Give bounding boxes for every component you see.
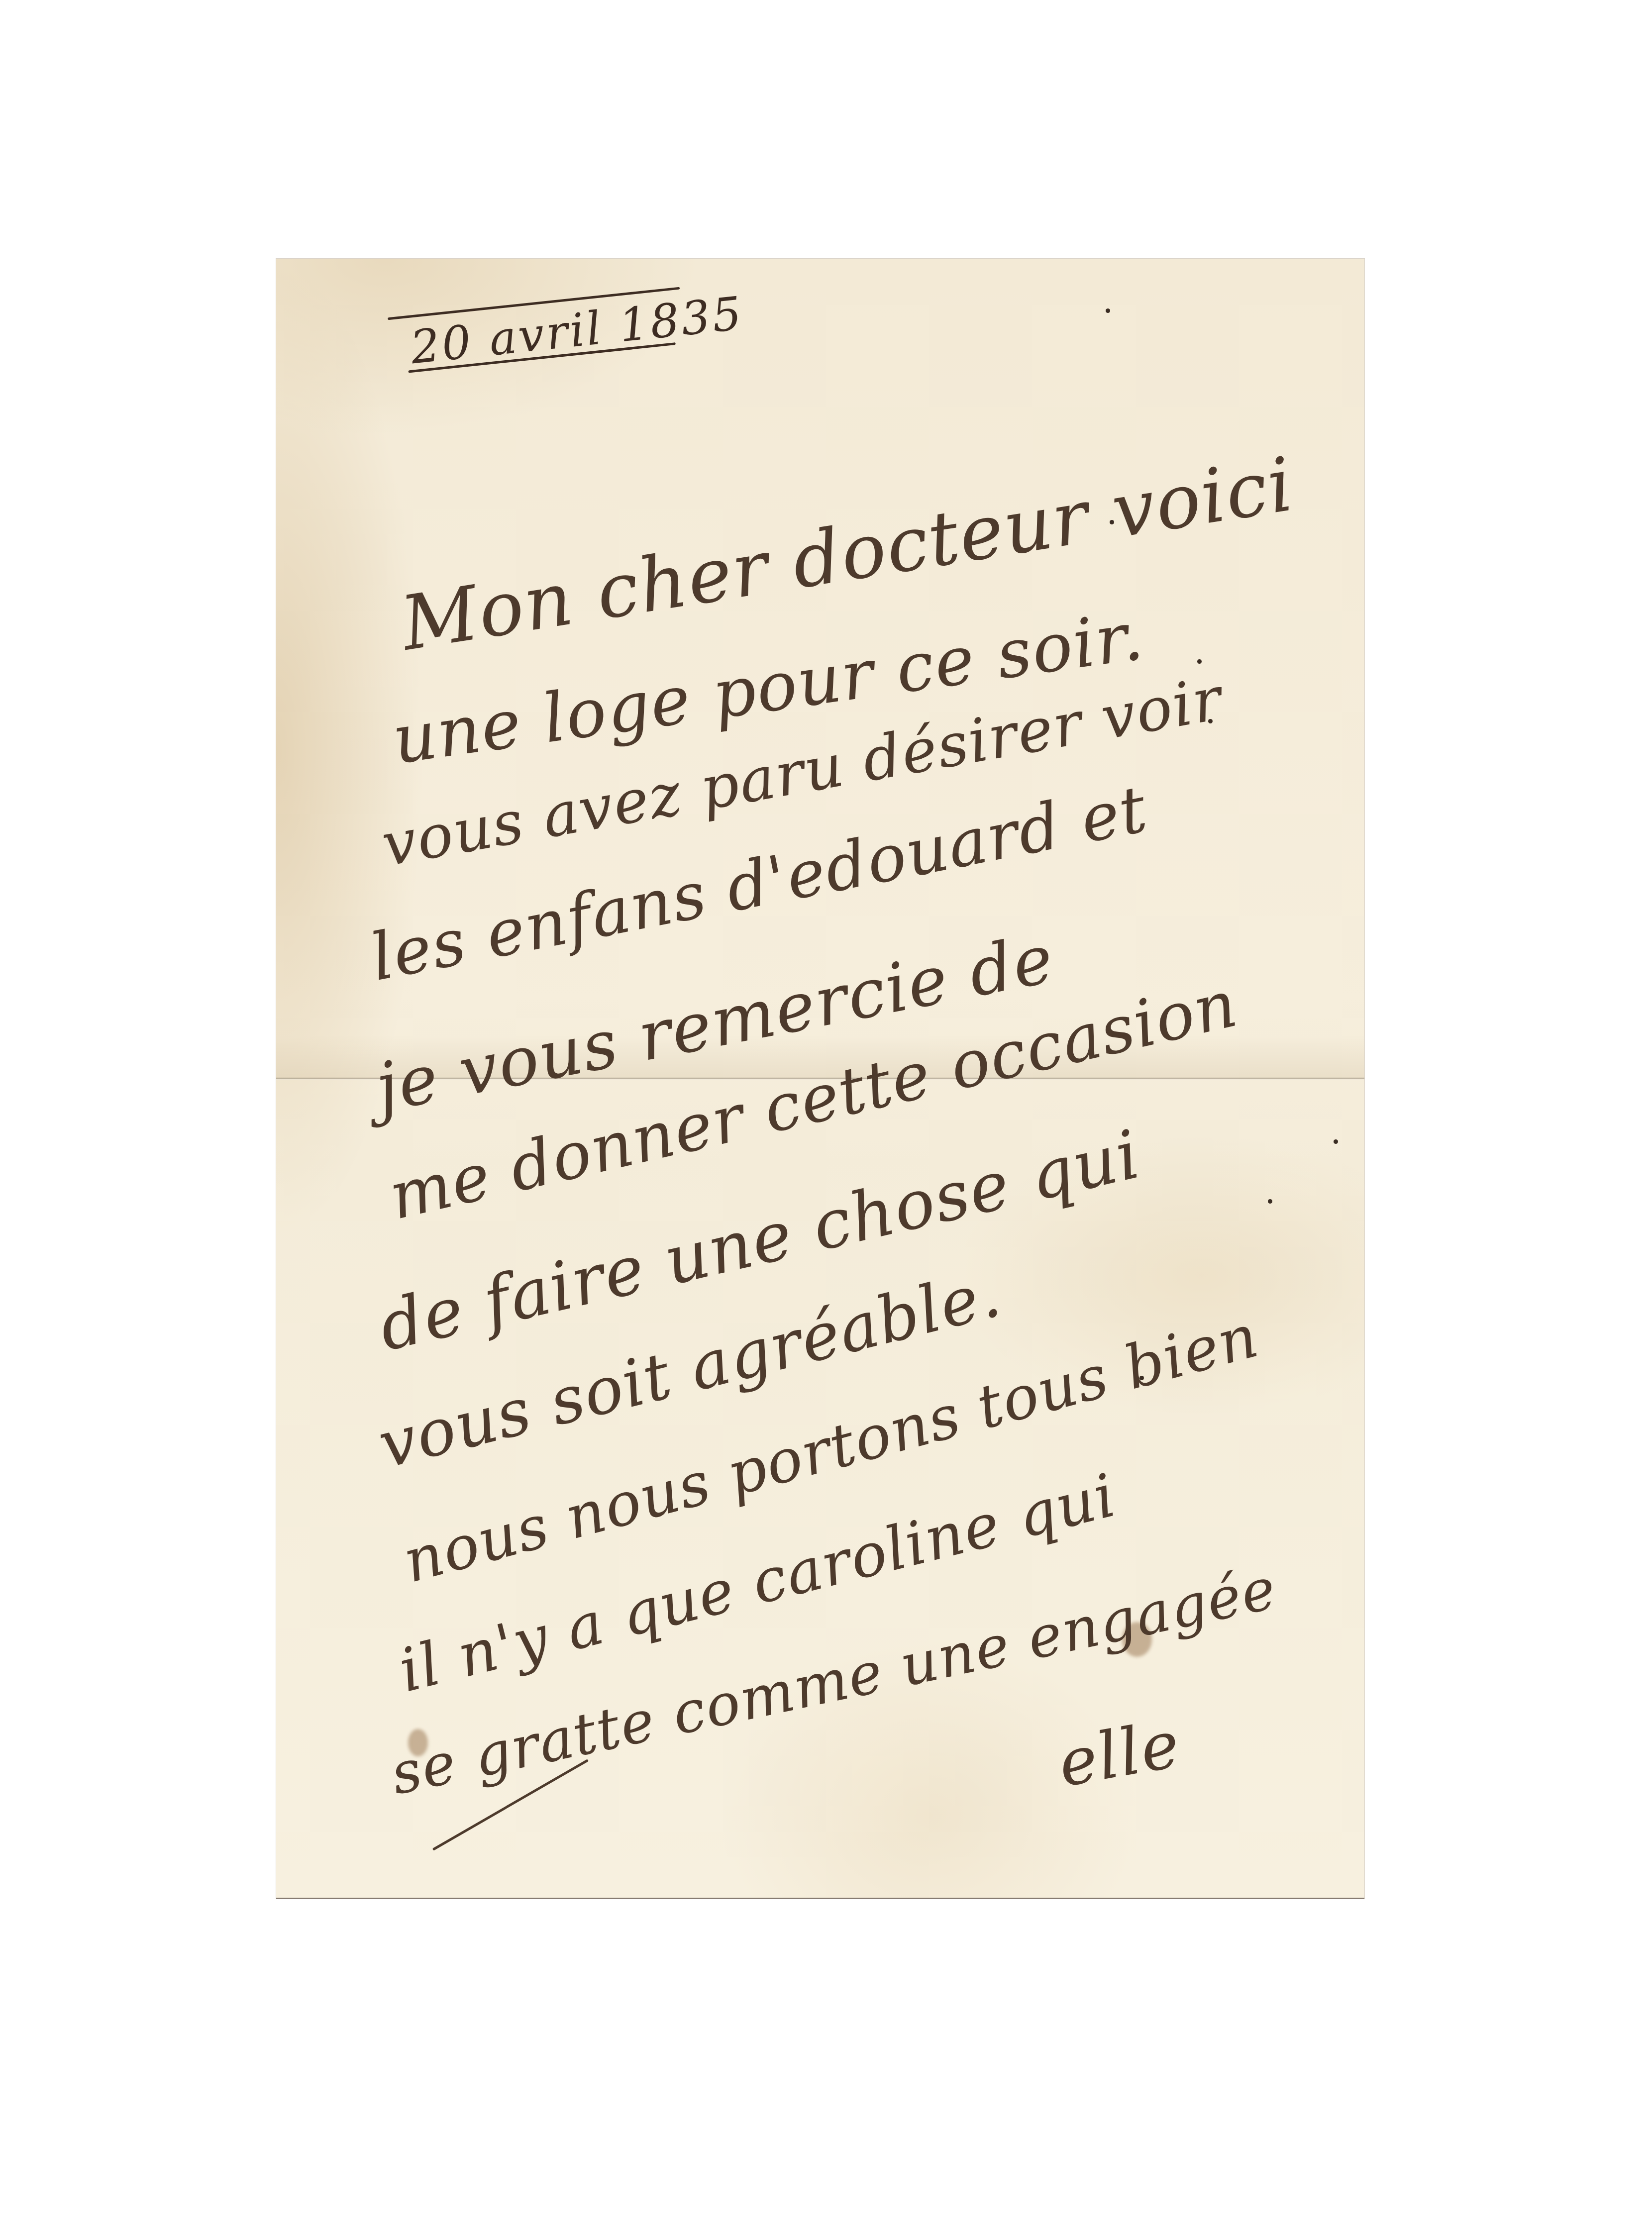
scan-background: 20 avril 1835 Mon cher docteur voici une…: [0, 0, 1652, 2239]
ink-speck: [1334, 1139, 1338, 1144]
ink-speck: [1268, 1199, 1272, 1204]
ink-speck: [1197, 659, 1202, 664]
ink-speck: [1110, 520, 1114, 524]
ink-speck: [1208, 719, 1213, 723]
ink-speck: [1106, 308, 1110, 313]
letter-line-12-continuation: elle: [1053, 1711, 1185, 1796]
ink-speck: [1139, 1376, 1144, 1380]
